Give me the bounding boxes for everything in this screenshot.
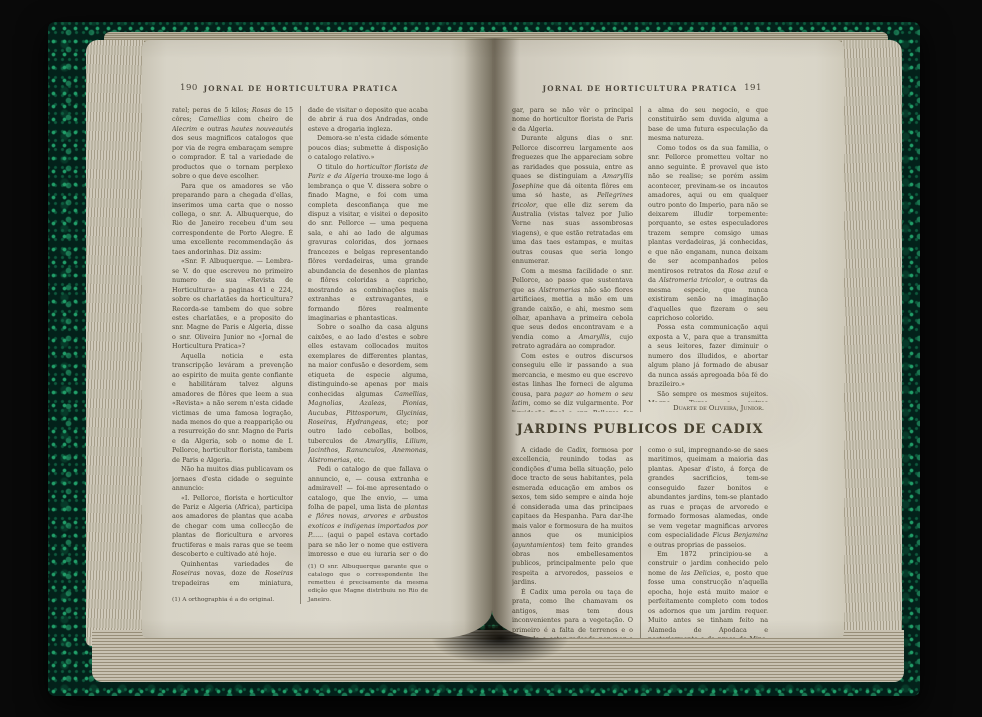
right-page-content: 191 JORNAL DE HORTICULTURA PRATICA gar, … (512, 84, 768, 640)
right-page-header: 191 JORNAL DE HORTICULTURA PRATICA (512, 84, 768, 102)
article1-columns: gar, para se não vêr o principal nome do… (512, 106, 768, 412)
paragraph: dade de visitar o deposito que acaba de … (308, 106, 428, 134)
text-column: A cidade de Cadix, formosa por excellenc… (512, 446, 633, 638)
paragraph: Possa esta communicação aqui exposta a V… (648, 323, 768, 389)
paragraph: Pedi o catalogo de que fallava o annunci… (308, 465, 428, 555)
paragraph: São sempre os mesmos sujeitos. Magne, Tu… (648, 390, 768, 402)
paragraph: Em 1872 principiou-se a construir o jard… (648, 550, 768, 638)
footnote: (1) O snr. Albuquerque garante que o cat… (308, 563, 428, 604)
page-stack-right-edge (842, 40, 902, 646)
left-page-columns: ratel; peras de 5 kilos; Rosas de 15 côr… (172, 106, 430, 604)
left-page-header: 190 JORNAL DE HORTICULTURA PRATICA (172, 84, 430, 102)
paragraph: Com estes e outros discursos conseguiu e… (512, 352, 633, 412)
page-number-left: 190 (180, 83, 198, 93)
page-stack-left-edge (86, 40, 144, 646)
paragraph: «Snr. F. Albuquerque. — Lembra-se V. do … (172, 257, 293, 352)
paragraph: Durante alguns dias o snr. Pellorce disc… (512, 134, 633, 266)
paragraph: É Cadix uma perola ou taça de prata, com… (512, 588, 633, 638)
author-signature: Duarte de Oliveira, Junior. (648, 404, 768, 412)
page-number-right: 191 (744, 83, 762, 93)
text-column: dade de visitar o deposito que acaba de … (300, 106, 428, 604)
text-column: a alma do seu negocio, e que constituirã… (640, 106, 768, 412)
left-page: 190 JORNAL DE HORTICULTURA PRATICA ratel… (142, 40, 492, 638)
paragraph: A cidade de Cadix, formosa por excellenc… (512, 446, 633, 588)
paragraph: gar, para se não vêr o principal nome do… (512, 106, 633, 134)
text-column: gar, para se não vêr o principal nome do… (512, 106, 633, 412)
paragraph: Quinhentas variedades de Roseiras novas,… (172, 560, 293, 589)
footnote: (1) A orthographia é a do original. (172, 596, 293, 604)
article-heading: JARDINS PUBLICOS DE CADIX (512, 422, 768, 437)
paragraph: Com a mesma facilidade o snr. Pellorce, … (512, 267, 633, 352)
paragraph: Sobre o soalho da casa alguns caixões, e… (308, 323, 428, 465)
paragraph: Aquella noticia e esta transcripção levá… (172, 352, 293, 465)
right-page: 191 JORNAL DE HORTICULTURA PRATICA gar, … (492, 40, 844, 638)
paragraph: Como todos os da sua familia, o snr. Pel… (648, 144, 768, 324)
text-column: como o sul, impregnando-se de saes marit… (640, 446, 768, 638)
article2-columns: A cidade de Cadix, formosa por excellenc… (512, 446, 768, 638)
paragraph: «I. Pellorce, florista e horticultor de … (172, 494, 293, 560)
paragraph: Não ha muitos dias publicavam os jornaes… (172, 465, 293, 493)
running-title-right: JORNAL DE HORTICULTURA PRATICA (512, 84, 768, 93)
paragraph: ratel; peras de 5 kilos; Rosas de 15 côr… (172, 106, 293, 182)
paragraph: Para que os amadores se vão preparando p… (172, 182, 293, 258)
paragraph: O titulo do horticultor florista de Pari… (308, 163, 428, 324)
running-title-left: JORNAL DE HORTICULTURA PRATICA (172, 84, 430, 93)
text-column: ratel; peras de 5 kilos; Rosas de 15 côr… (172, 106, 293, 604)
paragraph: como o sul, impregnando-se de saes marit… (648, 446, 768, 550)
paragraph: Demora-se n'esta cidade sómente poucos d… (308, 134, 428, 162)
paragraph: a alma do seu negocio, e que constituirã… (648, 106, 768, 144)
left-page-content: 190 JORNAL DE HORTICULTURA PRATICA ratel… (172, 84, 430, 640)
